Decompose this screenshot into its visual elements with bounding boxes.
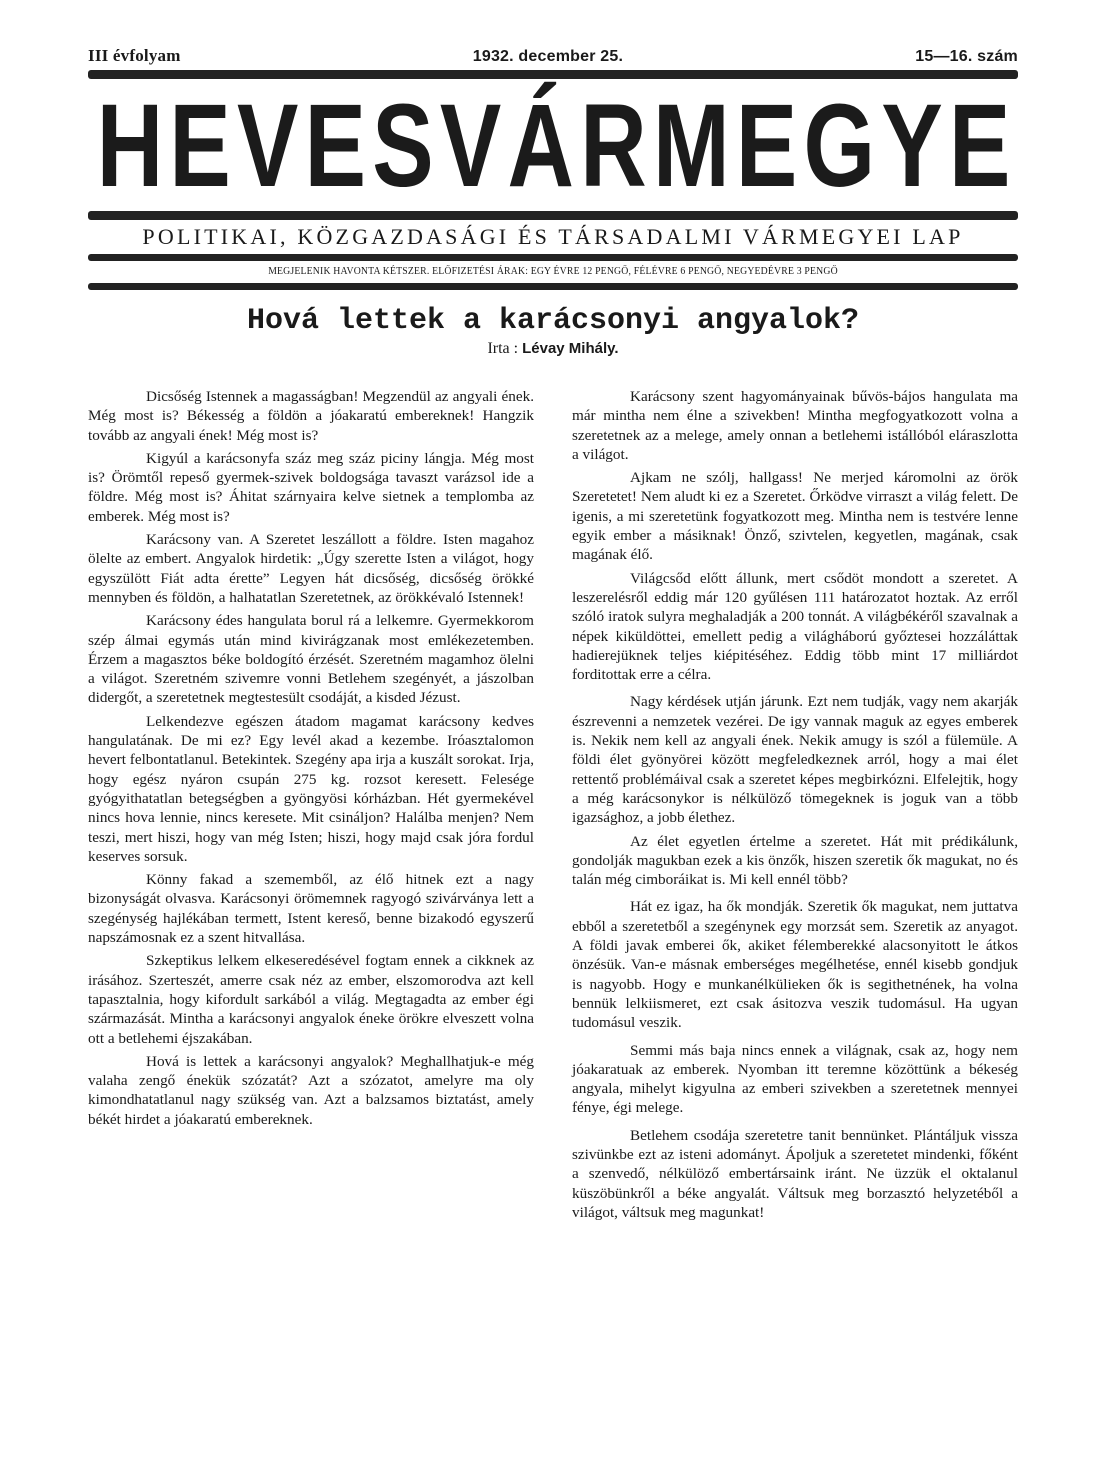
- rule-divider: [88, 254, 1018, 261]
- article-paragraph: Ajkam ne szólj, hallgass! Ne merjed káro…: [572, 468, 1018, 564]
- newspaper-page: III évfolyam 1932. december 25. 15—16. s…: [88, 44, 1018, 358]
- article-paragraph: Dicsőség Istennek a magasságban! Megzend…: [88, 387, 534, 445]
- article-paragraph: Betlehem csodája szeretetre tanit bennün…: [572, 1126, 1018, 1222]
- byline-prefix: Irta :: [487, 340, 518, 357]
- subscription-info: MEGJELENIK HAVONTA KÉTSZER. ELŐFIZETÉSI …: [125, 265, 981, 279]
- article-paragraph: Világcsőd előtt állunk, mert csődöt mond…: [572, 569, 1018, 685]
- volume-label: III évfolyam: [88, 46, 181, 66]
- rule-divider: [88, 70, 1018, 79]
- rule-divider: [88, 283, 1018, 290]
- article-paragraph: Karácsony édes hangulata borul rá a lelk…: [88, 611, 534, 707]
- article-paragraph: Könny fakad a szememből, az élő hitnek e…: [88, 870, 534, 947]
- issue-number: 15—16. szám: [915, 48, 1018, 66]
- article-paragraph: Hát ez igaz, ha ők mondják. Szeretik ők …: [572, 897, 1018, 1032]
- article-paragraph: Karácsony szent hagyományainak bűvös-báj…: [572, 387, 1018, 464]
- left-column: Dicsőség Istennek a magasságban! Megzend…: [88, 387, 534, 1226]
- article-byline: Irta : Lévay Mihály.: [88, 340, 1018, 358]
- article-paragraph: Hová is lettek a karácsonyi angyalok? Me…: [88, 1052, 534, 1129]
- masthead-title: HEVESVÁRMEGYE: [97, 87, 1010, 205]
- masthead-subtitle: POLITIKAI, KÖZGAZDASÁGI ÉS TÁRSADALMI VÁ…: [88, 224, 1018, 250]
- author-name: Lévay Mihály.: [522, 340, 618, 357]
- issue-info-line: III évfolyam 1932. december 25. 15—16. s…: [88, 44, 1018, 66]
- article-paragraph: Nagy kérdések utján járunk. Ezt nem tudj…: [572, 692, 1018, 827]
- article-paragraph: Kigyúl a karácsonyfa száz meg száz picin…: [88, 449, 534, 526]
- rule-divider: [88, 211, 1018, 220]
- article-paragraph: Szkeptikus lelkem elkeseredésével fogtam…: [88, 951, 534, 1047]
- article-paragraph: Az élet egyetlen értelme a szeretet. Hát…: [572, 832, 1018, 890]
- issue-date: 1932. december 25.: [473, 48, 623, 66]
- article-body: Dicsőség Istennek a magasságban! Megzend…: [88, 387, 1018, 1226]
- article-paragraph: Semmi más baja nincs ennek a világnak, c…: [572, 1041, 1018, 1118]
- article-paragraph: Lelkendezve egészen átadom magamat karác…: [88, 712, 534, 866]
- article-paragraph: Karácsony van. A Szeretet leszállott a f…: [88, 530, 534, 607]
- right-column: Karácsony szent hagyományainak bűvös-báj…: [572, 387, 1018, 1226]
- article-title: Hová lettek a karácsonyi angyalok?: [88, 304, 1018, 338]
